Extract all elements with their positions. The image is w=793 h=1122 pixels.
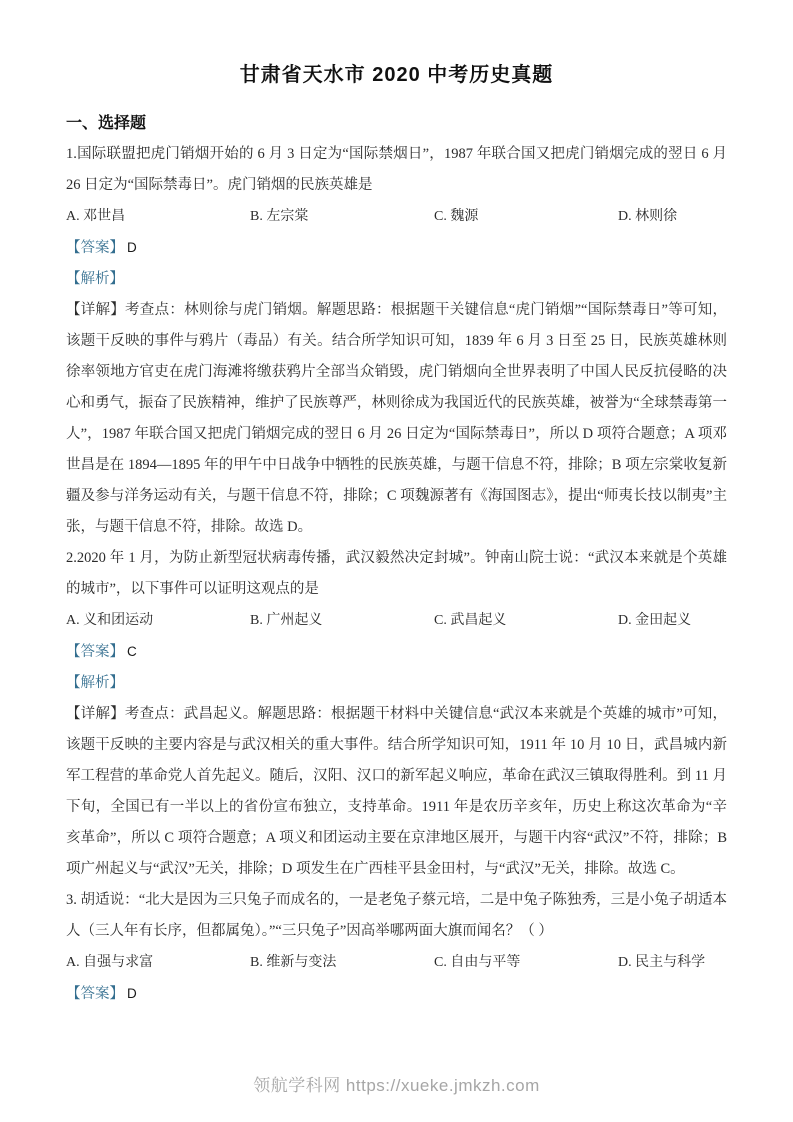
- question-3-option-d: D. 民主与科学: [618, 947, 727, 978]
- question-1-analysis-line: 【解析】: [66, 264, 727, 295]
- question-1-answer-value: D: [124, 240, 137, 255]
- question-3: 3. 胡适说：“北大是因为三只兔子而成名的，一是老兔子蔡元培，二是中兔子陈独秀，…: [66, 885, 727, 1010]
- page-content: 甘肃省天水市 2020 中考历史真题 一、选择题 1.国际联盟把虎门销烟开始的 …: [0, 0, 793, 1010]
- question-1-options: A. 邓世昌 B. 左宗棠 C. 魏源 D. 林则徐: [66, 201, 727, 232]
- analysis-label: 【解析】: [66, 675, 124, 691]
- question-1-answer-line: 【答案】D: [66, 232, 727, 264]
- question-3-answer-line: 【答案】D: [66, 978, 727, 1010]
- page-title: 甘肃省天水市 2020 中考历史真题: [66, 58, 727, 92]
- question-2-detail: 【详解】考查点：武昌起义。解题思路：根据题干材料中关键信息“武汉本来就是个英雄的…: [66, 699, 727, 885]
- question-2-answer-line: 【答案】C: [66, 636, 727, 668]
- question-1-option-c: C. 魏源: [434, 201, 618, 232]
- question-2-option-a: A. 义和团运动: [66, 605, 250, 636]
- watermark-footer: 领航学科网 https://xueke.jmkzh.com: [0, 1071, 793, 1096]
- question-2-option-d: D. 金田起义: [618, 605, 727, 636]
- question-3-option-c: C. 自由与平等: [434, 947, 618, 978]
- question-1-option-d: D. 林则徐: [618, 201, 727, 232]
- answer-label: 【答案】: [66, 986, 124, 1002]
- question-3-options: A. 自强与求富 B. 维新与变法 C. 自由与平等 D. 民主与科学: [66, 947, 727, 978]
- question-2-option-c: C. 武昌起义: [434, 605, 618, 636]
- answer-label: 【答案】: [66, 240, 124, 256]
- section-heading: 一、选择题: [66, 108, 727, 139]
- question-3-answer-value: D: [124, 986, 137, 1001]
- question-3-option-b: B. 维新与变法: [250, 947, 434, 978]
- question-2: 2.2020 年 1 月，为防止新型冠状病毒传播，武汉毅然决定封城”。钟南山院士…: [66, 543, 727, 885]
- question-1-detail: 【详解】考查点：林则徐与虎门销烟。解题思路：根据题干关键信息“虎门销烟”“国际禁…: [66, 295, 727, 543]
- question-3-option-a: A. 自强与求富: [66, 947, 250, 978]
- question-1-option-b: B. 左宗棠: [250, 201, 434, 232]
- question-3-stem: 3. 胡适说：“北大是因为三只兔子而成名的，一是老兔子蔡元培，二是中兔子陈独秀，…: [66, 885, 727, 947]
- question-2-stem: 2.2020 年 1 月，为防止新型冠状病毒传播，武汉毅然决定封城”。钟南山院士…: [66, 543, 727, 605]
- question-2-options: A. 义和团运动 B. 广州起义 C. 武昌起义 D. 金田起义: [66, 605, 727, 636]
- question-2-answer-value: C: [124, 644, 137, 659]
- analysis-label: 【解析】: [66, 271, 124, 287]
- question-1-option-a: A. 邓世昌: [66, 201, 250, 232]
- question-2-option-b: B. 广州起义: [250, 605, 434, 636]
- answer-label: 【答案】: [66, 644, 124, 660]
- question-2-analysis-line: 【解析】: [66, 668, 727, 699]
- question-1: 1.国际联盟把虎门销烟开始的 6 月 3 日定为“国际禁烟日”，1987 年联合…: [66, 139, 727, 543]
- document-page: 甘肃省天水市 2020 中考历史真题 一、选择题 1.国际联盟把虎门销烟开始的 …: [0, 0, 793, 1122]
- question-1-stem: 1.国际联盟把虎门销烟开始的 6 月 3 日定为“国际禁烟日”，1987 年联合…: [66, 139, 727, 201]
